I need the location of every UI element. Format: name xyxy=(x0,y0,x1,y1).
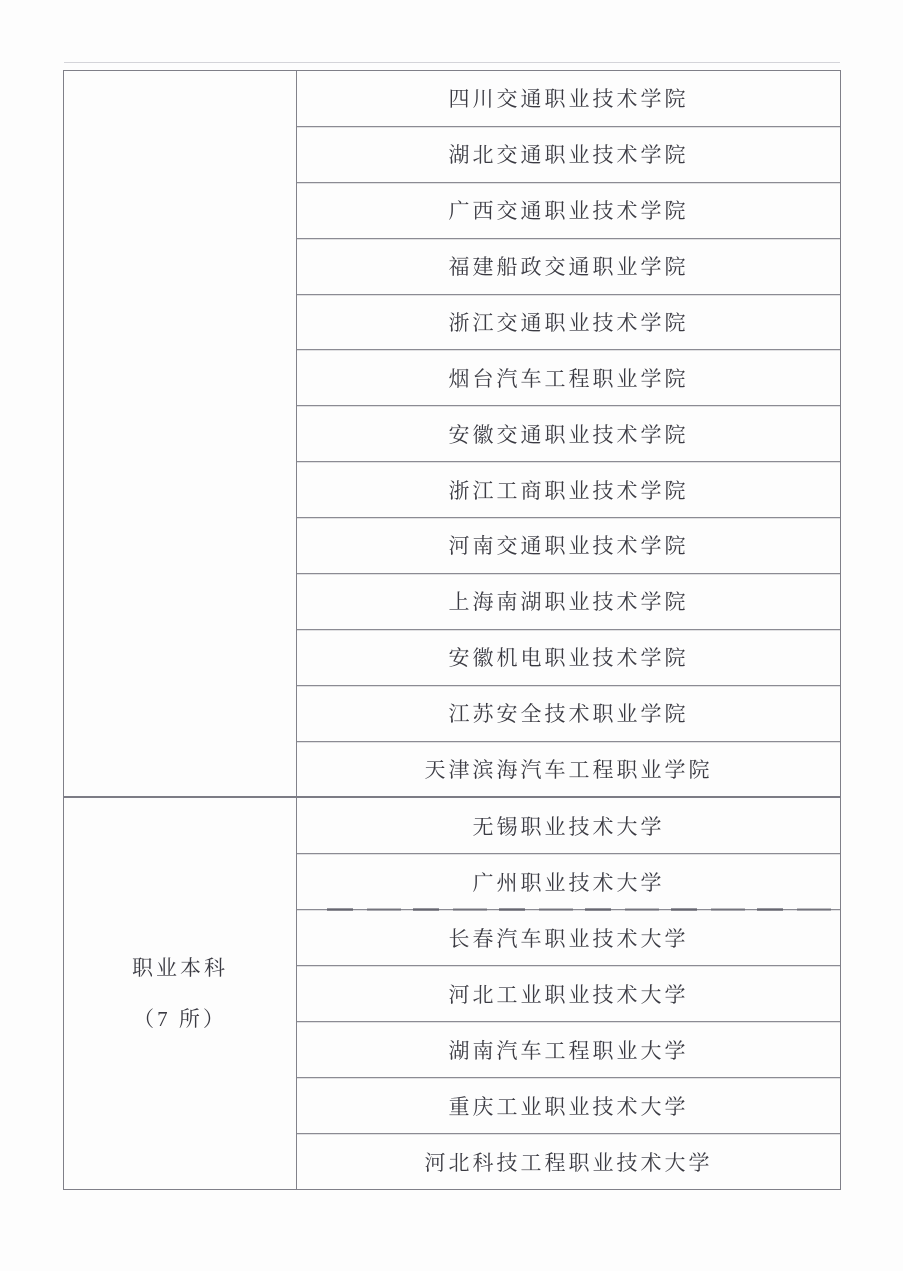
table-row: 江苏安全技术职业学院 xyxy=(297,685,840,741)
scan-artifact-line xyxy=(64,62,840,63)
university-name: 无锡职业技术大学 xyxy=(473,811,665,841)
table-row: 湖北交通职业技术学院 xyxy=(297,126,840,182)
college-name: 烟台汽车工程职业学院 xyxy=(449,363,689,393)
table-row: 安徽交通职业技术学院 xyxy=(297,405,840,461)
university-name: 河北工业职业技术大学 xyxy=(449,979,689,1009)
table-section-vocational-undergraduate: 职业本科 （7 所） 无锡职业技术大学 广州职业技术大学 长春汽车职业技术大学 … xyxy=(64,796,840,1189)
table-row: 安徽机电职业技术学院 xyxy=(297,629,840,685)
college-name: 浙江交通职业技术学院 xyxy=(449,307,689,337)
watermark-smudge xyxy=(327,908,834,911)
table-row: 上海南湖职业技术学院 xyxy=(297,573,840,629)
category-label-line2: （7 所） xyxy=(133,1007,227,1031)
college-list-table: 四川交通职业技术学院 湖北交通职业技术学院 广西交通职业技术学院 福建船政交通职… xyxy=(63,70,841,1190)
table-row: 福建船政交通职业学院 xyxy=(297,238,840,294)
university-name: 重庆工业职业技术大学 xyxy=(449,1091,689,1121)
college-name: 江苏安全技术职业学院 xyxy=(449,698,689,728)
college-name: 天津滨海汽车工程职业学院 xyxy=(425,754,713,784)
table-row: 浙江工商职业技术学院 xyxy=(297,461,840,517)
university-name: 广州职业技术大学 xyxy=(473,867,665,897)
college-name: 湖北交通职业技术学院 xyxy=(449,139,689,169)
table-row: 河北科技工程职业技术大学 xyxy=(297,1133,840,1189)
scanned-document-page: 四川交通职业技术学院 湖北交通职业技术学院 广西交通职业技术学院 福建船政交通职… xyxy=(0,0,903,1271)
table-row: 四川交通职业技术学院 xyxy=(297,71,840,126)
college-name: 福建船政交通职业学院 xyxy=(449,251,689,281)
table-row: 长春汽车职业技术大学 xyxy=(297,909,840,965)
table-row: 广西交通职业技术学院 xyxy=(297,182,840,238)
category-cell-empty xyxy=(64,71,297,796)
college-name: 广西交通职业技术学院 xyxy=(449,195,689,225)
table-row: 河北工业职业技术大学 xyxy=(297,965,840,1021)
table-row: 重庆工业职业技术大学 xyxy=(297,1077,840,1133)
university-name: 湖南汽车工程职业大学 xyxy=(449,1035,689,1065)
college-name: 四川交通职业技术学院 xyxy=(449,83,689,113)
table-row: 无锡职业技术大学 xyxy=(297,798,840,853)
college-name: 浙江工商职业技术学院 xyxy=(449,475,689,505)
table-row: 浙江交通职业技术学院 xyxy=(297,294,840,350)
college-name: 河南交通职业技术学院 xyxy=(449,530,689,560)
college-name: 上海南湖职业技术学院 xyxy=(449,586,689,616)
college-name: 安徽交通职业技术学院 xyxy=(449,419,689,449)
college-name: 安徽机电职业技术学院 xyxy=(449,642,689,672)
category-label-line1: 职业本科 xyxy=(132,956,228,980)
college-rows: 四川交通职业技术学院 湖北交通职业技术学院 广西交通职业技术学院 福建船政交通职… xyxy=(297,71,840,796)
category-cell-vocational-undergraduate: 职业本科 （7 所） xyxy=(64,798,297,1189)
table-row: 河南交通职业技术学院 xyxy=(297,517,840,573)
university-name: 河北科技工程职业技术大学 xyxy=(425,1147,713,1177)
table-section-colleges: 四川交通职业技术学院 湖北交通职业技术学院 广西交通职业技术学院 福建船政交通职… xyxy=(64,71,840,796)
table-row: 广州职业技术大学 xyxy=(297,853,840,909)
university-rows: 无锡职业技术大学 广州职业技术大学 长春汽车职业技术大学 河北工业职业技术大学 … xyxy=(297,798,840,1189)
table-row: 烟台汽车工程职业学院 xyxy=(297,349,840,405)
table-row: 天津滨海汽车工程职业学院 xyxy=(297,741,840,797)
table-row: 湖南汽车工程职业大学 xyxy=(297,1021,840,1077)
university-name: 长春汽车职业技术大学 xyxy=(449,923,689,953)
